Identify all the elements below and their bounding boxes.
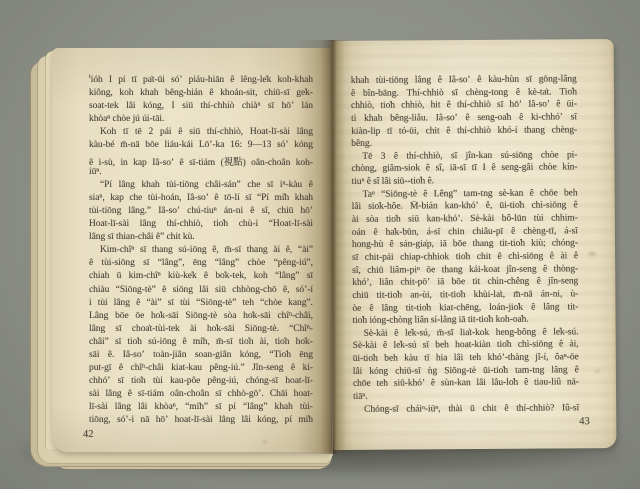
word: ê [542, 327, 546, 337]
word: chèng- [552, 125, 578, 135]
word: lêng-le̍k [241, 75, 272, 85]
word: tì [351, 114, 356, 124]
word: thang [442, 265, 463, 275]
word: kap [133, 158, 147, 168]
word: le̍k-sú, [405, 328, 430, 338]
word: Lō’-ka [199, 140, 225, 150]
word: tam-tng [515, 365, 544, 375]
word: chit-pái [365, 253, 394, 263]
word: Lâng [89, 311, 108, 321]
word: chhim- [551, 213, 578, 223]
word: pái [160, 127, 171, 137]
word: bô-lūn [502, 214, 527, 224]
word: jîn-kan [466, 151, 493, 161]
word: Siōng-tè [185, 311, 217, 321]
word: kiù-ke̍k [168, 271, 197, 281]
word: ài [190, 324, 197, 334]
word: ê [394, 328, 398, 338]
word: ê [519, 113, 523, 123]
text-line: sàilângêsī-tiámoân-choânsīchhò-gō’.Chāih… [89, 389, 313, 402]
word: ê [383, 341, 387, 351]
word: lâi [352, 202, 361, 212]
word: thài [448, 404, 462, 414]
page-number-left: 42 [83, 429, 94, 440]
word: tī [123, 127, 128, 137]
word: nā [141, 415, 150, 425]
word: tiōng, [89, 415, 111, 425]
word: siū [182, 101, 193, 111]
text-line: chiahūkim-chîⁿkiù-ke̍kêbo̍k-tek,koh“lâng… [89, 271, 313, 284]
word: ê [162, 285, 166, 295]
word: lâng [115, 402, 131, 412]
word: ê [574, 251, 578, 261]
word: I [172, 101, 175, 111]
word: hoat-lī-sài [175, 415, 213, 425]
word: sī [215, 402, 221, 412]
word: iā-sī [450, 164, 466, 174]
word: tī [472, 163, 477, 173]
word: kiàn-lip [351, 126, 380, 136]
word: án-ni, [541, 289, 563, 299]
word: sī [526, 75, 532, 85]
word: chîⁿ-châi [131, 363, 164, 373]
word: tē [135, 127, 142, 137]
word: kap [110, 193, 124, 203]
word: chit [426, 126, 440, 136]
word: ê [291, 363, 295, 373]
word: M̄-bián [410, 202, 438, 212]
word: liáu-kái [165, 140, 194, 150]
word: lâi [138, 402, 147, 412]
word: ê [556, 100, 560, 110]
word: thí-chhiò, [167, 219, 203, 229]
word: ê, [286, 245, 293, 255]
word: “Tio̍h [269, 350, 291, 360]
word: chiàⁿ [242, 101, 261, 111]
word: kiat-chēng, [439, 302, 481, 312]
word: iⁿ-kàu [280, 180, 302, 190]
word: “Hoat-lī-sài [269, 219, 313, 229]
word: khah [295, 193, 313, 203]
word: ho̍k- [296, 337, 313, 347]
word: tit [472, 277, 480, 287]
word: ūi- [567, 100, 577, 110]
text-line: Hoat-lī-sàilângthí-chhiò,tio̍hchù-ì“Hoat… [89, 219, 313, 232]
word: ê, [212, 245, 219, 255]
word: beh [564, 188, 578, 198]
word: thí-chhiò [201, 101, 235, 111]
word: tit-tio̍h [377, 290, 403, 300]
word: thí-chhiò? [516, 403, 554, 413]
word: mi̍h, [193, 337, 210, 347]
word: chiàu [89, 285, 109, 295]
word: tit- [567, 302, 578, 312]
word: teh [242, 298, 253, 308]
word: che [129, 193, 142, 203]
word: (視點) [221, 154, 246, 168]
word: sán-gia̍p, [400, 240, 434, 250]
word: Koh [100, 127, 116, 137]
word: “ài” [298, 245, 313, 255]
word: Iâ-so’ [152, 158, 174, 168]
word: “Pí [100, 180, 112, 190]
word: ê [204, 271, 208, 281]
word: Hoat-lī-sài [250, 127, 290, 137]
text-line: tiōng,só’-ināhō’hoat-lī-sàilânglâikóng,p… [89, 415, 313, 428]
word: tùi [153, 376, 163, 386]
word: só’ [171, 75, 182, 85]
word: ê [497, 252, 501, 262]
word: bōe [115, 311, 129, 321]
word: bîn-bāng. [363, 88, 399, 98]
word: sī [168, 298, 174, 308]
word: lâng [297, 127, 313, 137]
word: kiông, [89, 88, 113, 98]
word: pi- [567, 150, 577, 160]
word: sī [307, 271, 313, 281]
word: 3 [381, 151, 386, 161]
word: bêng-liâu. [390, 113, 428, 123]
text-line: tùi-tiōnglâng.”Iâ-so’chú-tiuⁿán-niêsî,ch… [89, 206, 313, 219]
word: gōng-lâng [539, 74, 577, 84]
word: bōe [145, 140, 159, 150]
word: lâng [105, 389, 121, 399]
word: khah [141, 180, 159, 190]
word: Iâ-so’ [158, 206, 180, 216]
word: siōng [173, 285, 193, 295]
stain-spot [595, 369, 600, 373]
word: kiù; [531, 239, 546, 249]
word: sùn-kan [441, 378, 471, 388]
word: ēng [299, 350, 313, 360]
word: lâng [89, 324, 105, 334]
word: ê [524, 378, 528, 388]
word: kè-ta̍t. [528, 87, 552, 97]
word: ho̍k-sāi [151, 311, 179, 321]
word: I [483, 163, 486, 173]
word: “Chîⁿ- [289, 324, 313, 334]
word: beh [435, 341, 449, 351]
word: khòaⁿ, [155, 402, 179, 412]
word: ê [179, 158, 183, 168]
word: tī [424, 353, 429, 363]
word: ho̍k-sāi [207, 324, 235, 334]
word: hia [436, 353, 448, 363]
word: Siōng-tè. [245, 324, 279, 334]
word: ê [178, 127, 182, 137]
word: ê [373, 227, 377, 237]
word: soan-giân [195, 350, 231, 360]
word: tio̍h [497, 340, 512, 350]
word: kóng [369, 366, 388, 376]
word: khùi-la̍t, [474, 290, 506, 300]
word: nā- [567, 378, 579, 388]
word: ū [470, 404, 475, 414]
word: seng-oa̍h [477, 113, 511, 123]
word: chòe [541, 150, 559, 160]
word: ê [89, 258, 93, 268]
stain-spot [588, 251, 596, 256]
word: chhiò, [351, 101, 374, 111]
word: Iâ-so’ [449, 75, 471, 85]
word: lâng [415, 75, 431, 85]
word: ài [352, 215, 359, 225]
word: lâng [114, 298, 130, 308]
word: sòa [224, 311, 237, 321]
word: “mi̍h” [185, 402, 208, 412]
text-line: lī-sàilânglâikhòaⁿ,“mi̍h”sīpí“lâng”khaht… [89, 402, 313, 415]
word: khah [275, 402, 293, 412]
word: ê [511, 226, 515, 236]
word: sī-tiám [138, 389, 164, 399]
word: ê [550, 251, 554, 261]
word: chit [482, 404, 496, 414]
word: thí-chhiò [457, 125, 491, 135]
word: jîn-seng [506, 264, 536, 274]
word: tit-tio̍h [406, 303, 432, 313]
word: loán-jio̍k [489, 302, 523, 312]
word: ài, [260, 337, 269, 347]
word: sī [497, 100, 503, 110]
word: khah [364, 114, 382, 124]
word: ê [504, 403, 508, 413]
word: siū [189, 127, 200, 137]
word: cháiⁿ-iūⁿ, [406, 404, 440, 414]
word: kóng, [143, 101, 164, 111]
word: ê [543, 264, 547, 274]
word: ài, [569, 340, 578, 350]
word: 16: [230, 140, 242, 150]
word: chîⁿ-châi, [277, 311, 312, 321]
word: ài [560, 251, 567, 261]
word: kóng, [257, 415, 278, 425]
word: tùi- [300, 402, 313, 412]
word: Iâ-so’ [436, 113, 458, 123]
photo-background: tióhIpítīpa̍t-ūisó’piáu-hiānêlêng-le̍kko… [0, 0, 640, 489]
word: sī [267, 180, 273, 190]
word: sī [140, 245, 146, 255]
word: chhó’ [89, 376, 110, 386]
word: lâng.” [128, 206, 151, 216]
word: Kim-chîⁿ [100, 245, 134, 255]
word: soat-tek [89, 101, 119, 111]
word: sī [118, 376, 124, 386]
word: Tē [362, 152, 372, 162]
word: ê [426, 164, 430, 174]
word: á-sī [427, 227, 441, 237]
word: chòng, [351, 164, 376, 174]
word: lâng [140, 219, 156, 229]
word: siū [408, 214, 419, 224]
word: ê [351, 88, 355, 98]
word: tùi-tiōng [166, 180, 198, 190]
word: só’-í [296, 285, 313, 295]
word: chiū [352, 291, 368, 301]
word: ê [214, 193, 218, 203]
word: iā [440, 240, 447, 250]
word: “lâng” [243, 402, 268, 412]
word: lâi [476, 378, 485, 388]
word: chiap-chhiok [400, 252, 449, 262]
word: ê [423, 189, 427, 199]
word: án-ni [224, 206, 243, 216]
text-line: lângsīchoa̍t-tùi-tekàiho̍k-sāiSiōng-tè.“… [89, 324, 313, 337]
word: lâng [119, 180, 135, 190]
word: tō-lí [224, 193, 240, 203]
word: le̍k-sú. [553, 327, 578, 337]
word: ha̍k-būn, [386, 227, 419, 237]
word: sī-tiám [189, 158, 215, 168]
word: m̄-nā [513, 289, 532, 299]
word: sī [451, 151, 457, 161]
word: ê, [486, 201, 493, 211]
word: iā [437, 277, 444, 287]
word: chòe [539, 163, 557, 173]
word: tùi-tiōng [89, 206, 121, 216]
word: châi-sán” [205, 180, 240, 190]
word: Sè-kài [353, 341, 377, 351]
word: chì-siōng [531, 201, 566, 211]
word: hit [431, 101, 441, 111]
word: ê [136, 298, 140, 308]
text-line: “Pílângkhahtùi-tiōngchâi-sán”chesīiⁿ-kàu… [89, 180, 313, 193]
word: Sè-kài [470, 214, 494, 224]
text-line: sāiê.Iâ-so’toàn-jiânsoan-giânkóng,“Tio̍h… [89, 350, 313, 363]
word: chhò-gō’. [228, 389, 264, 399]
word: jî-í, [535, 353, 548, 363]
word: sī [452, 88, 458, 98]
word: hoat-kiàn [455, 340, 491, 350]
word: lâu-lo̍h [492, 378, 519, 388]
word: ūi-tio̍h [353, 354, 378, 364]
word: bōe [452, 277, 466, 287]
word: chóng- [552, 239, 578, 249]
word: tióh [89, 75, 103, 85]
word: 9—13 [248, 140, 272, 150]
word: tùi [534, 214, 544, 224]
text-line: êì-sù,inkapIâ-so’êsī-tiám(視點)oân-choânko… [89, 154, 313, 167]
word: kang”. [288, 298, 313, 308]
word: “ài” [146, 298, 161, 308]
word: khoán-sit, [220, 88, 257, 98]
word: tio̍h [386, 215, 401, 225]
text-line: Chóng-sīcháiⁿ-iūⁿ,thàiūchitêthí-chhiò?Iû… [353, 403, 579, 417]
word: tiau-liû [534, 378, 561, 388]
word: chóng-sī [246, 376, 278, 386]
word: kín- [562, 163, 577, 173]
word: sī [268, 101, 274, 111]
word: ê [230, 75, 234, 85]
word: kau-pôe [170, 376, 200, 386]
word: só’-i [117, 415, 134, 425]
word: che [247, 180, 260, 190]
word: ê [128, 389, 132, 399]
word: mi̍h [275, 193, 290, 203]
word: “chòe [260, 298, 282, 308]
word: jîn-seng [548, 277, 578, 287]
text-line: chiàu“Siōng-tè”êsiōnglâisiūchhòng-chōê,s… [89, 285, 313, 298]
word: sî, [352, 265, 361, 275]
word: òe [352, 303, 361, 313]
word: lâi [199, 285, 208, 295]
word: pí [229, 402, 236, 412]
word: sî, [436, 164, 445, 174]
word: teh [470, 353, 482, 363]
word: tùi [180, 298, 190, 308]
word: tùi-tiōng [376, 75, 408, 85]
text-line: Kim-chîⁿsīthangsú-iōngê,m̄-sīthangàiê,“à… [89, 245, 313, 258]
word: kan-khó’. [427, 214, 463, 224]
word: lâi [353, 367, 362, 377]
word: “lâng”, [158, 258, 185, 268]
word: thang [247, 245, 268, 255]
word: hoat- [294, 389, 313, 399]
word: sú-iōng [178, 245, 206, 255]
word: ê [447, 100, 451, 110]
word: ài [273, 245, 280, 255]
word: sī [571, 112, 577, 122]
word: chèng-tī, [523, 226, 556, 236]
word: Tio̍h [559, 87, 576, 97]
word: piáu-hiān [189, 75, 224, 85]
word: oân-choân [170, 389, 209, 399]
word: Lêng” [434, 189, 458, 199]
word: ê [477, 75, 481, 85]
word: chù-ì [239, 219, 258, 229]
word: tó-ūi, [399, 126, 419, 136]
word: tio̍h [380, 101, 395, 111]
word: pa̍t-ūi [143, 75, 165, 85]
word: kóng [294, 140, 313, 150]
text-line: Lângbōeōeho̍k-sāiSiōng-tèsòaho̍k-sāichîⁿ… [89, 311, 313, 324]
text-line: êtùi-siōngsī“lâng”,ēng“lâng”chòe“pêng-iú… [89, 258, 313, 271]
word: ūi-tio̍h [483, 366, 508, 376]
word: Siōng-tè [444, 366, 476, 376]
text-line: tióhIpítīpa̍t-ūisó’piáu-hiānêlêng-le̍kko… [89, 75, 313, 88]
word: pí [118, 75, 125, 85]
word: chit [477, 252, 491, 262]
word: tùi-siōng [101, 258, 134, 268]
word: Thí-chhiò [407, 88, 444, 98]
word: kái-koat [469, 264, 500, 274]
word: sī [423, 341, 429, 351]
word: “pêng-iú”, [274, 258, 313, 268]
word: lâi [126, 101, 135, 111]
word: chit-pō’ [400, 278, 430, 288]
word: Chāi [270, 389, 288, 399]
word: “lâng” [215, 258, 240, 268]
word: ê [573, 201, 577, 211]
word: hō’ [282, 101, 295, 111]
word: ê [559, 340, 563, 350]
word: sòa [366, 215, 379, 225]
word: khah [140, 88, 158, 98]
text-line: Kohtītē2páiêsiūthí-chhiò,Hoat-lī-sàilâng [89, 127, 313, 140]
word: sú-iōng [148, 337, 176, 347]
word: kan-khó’ [445, 201, 479, 211]
page-text-right: khahtùi-tiōnglângêIâ-so’êkàu-hùnsīgōng-l… [351, 74, 579, 417]
word: chiū-sī [264, 88, 290, 98]
page-text-left: tióhIpítīpa̍t-ūisó’piáu-hiānêlêng-le̍kko… [89, 75, 313, 429]
word: tio̍h [275, 337, 290, 347]
word: lâng [382, 303, 398, 313]
word: ê [389, 240, 393, 250]
word: ê [530, 188, 534, 198]
word: “Siōng-tè [381, 189, 417, 199]
word: lán [302, 101, 313, 111]
word: chì-siōng [508, 251, 543, 261]
word: choa̍t-tùi-tek [132, 324, 180, 334]
